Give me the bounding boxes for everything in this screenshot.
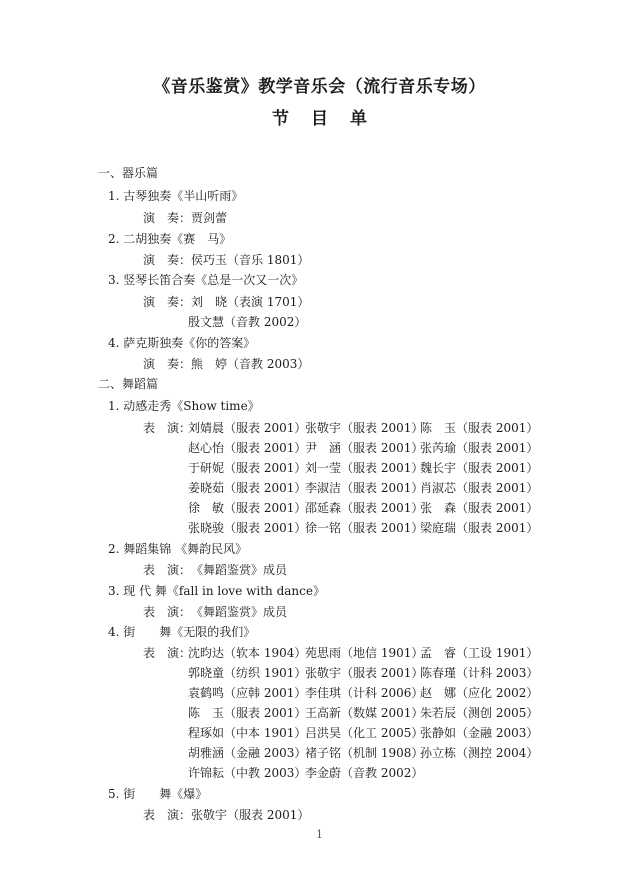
program-item-title: 1. 动感走秀《Show time》 [108,396,260,416]
document-subtitle: 节目单 [0,104,639,129]
performer: 袁鹤鸣（应韩 2001） [188,683,306,703]
program-item-title: 2. 二胡独奏《赛 马》 [108,229,231,249]
performer: 邵延森（服表 2001） [305,498,423,518]
program-item-title: 3. 竖琴长笛合奏《总是一次又一次》 [108,270,303,290]
performer: 孟 睿（工设 1901） [420,643,538,663]
program-item-title: 1. 古琴独奏《半山听雨》 [108,186,243,206]
performer: 《舞蹈鉴赏》成员 [191,605,287,619]
performer-label: 表 演： [143,418,191,438]
performer-label: 表 演： [143,560,191,580]
performer: 许锦耘（中教 2003） [188,763,306,783]
performer-label: 演 奏： [143,292,191,312]
performer-label: 表 演： [143,805,191,825]
performer: 褚子铭（机制 1908） [305,743,423,763]
performer: 张敬宇（服表 2001） [191,808,309,822]
performer: 魏长宇（服表 2001） [420,458,538,478]
performer: 徐 敏（服表 2001） [188,498,306,518]
performer: 殷文慧（音教 2002） [188,312,306,332]
performer-line: 演 奏：贾剑蕾 [143,208,227,228]
performer: 于研妮（服表 2001） [188,458,306,478]
program-item-title: 4. 街 舞《无限的我们》 [108,622,255,642]
document-title: 《音乐鉴赏》教学音乐会（流行音乐专场） [0,72,639,97]
performer: 吕洪昊（化工 2005） [305,723,423,743]
performer-label: 表 演： [143,602,191,622]
performer: 张静如（金融 2003） [420,723,538,743]
performer-line: 表 演：《舞蹈鉴赏》成员 [143,602,287,622]
performer-label: 表 演： [143,643,191,663]
program-item-title: 5. 街 舞《爆》 [108,784,207,804]
performer: 《舞蹈鉴赏》成员 [191,563,287,577]
performer: 孙立栋（测控 2004） [420,743,538,763]
performer: 沈昀达（软本 1904） [188,643,306,663]
performer: 肖淑芯（服表 2001） [420,478,538,498]
section-heading-dance: 二、舞蹈篇 [98,374,158,394]
performer: 梁庭瑞（服表 2001） [420,518,538,538]
performer: 王高新（数媒 2001） [305,703,423,723]
performer-label: 演 奏： [143,250,191,270]
performer: 李金蔚（音教 2002） [305,763,423,783]
performer: 尹 涵（服表 2001） [305,438,423,458]
performer: 刘 晓（表演 1701） [191,295,309,309]
performer: 刘婧晨（服表 2001） [188,418,306,438]
performer-line: 表 演：《舞蹈鉴赏》成员 [143,560,287,580]
performer: 朱若辰（测创 2005） [420,703,538,723]
performer: 刘一莹（服表 2001） [305,458,423,478]
program-item-title: 2. 舞蹈集锦 《舞韵民风》 [108,539,247,559]
performer-line: 表 演：张敬宇（服表 2001） [143,805,309,825]
performer: 徐一铭（服表 2001） [305,518,423,538]
performer: 熊 婷（音教 2003） [191,357,309,371]
performer-line: 演 奏：刘 晓（表演 1701） [143,292,309,312]
performer: 李淑洁（服表 2001） [305,478,423,498]
performer: 苑思雨（地信 1901） [305,643,423,663]
performer-label: 演 奏： [143,208,191,228]
performer-line: 演 奏：侯巧玉（音乐 1801） [143,250,309,270]
performer: 程琢如（中本 1901） [188,723,306,743]
performer: 陈 玉（服表 2001） [420,418,538,438]
performer: 侯巧玉（音乐 1801） [191,253,309,267]
program-item-title: 3. 现 代 舞《fall in love with dance》 [108,581,325,601]
performer: 贾剑蕾 [191,211,227,225]
performer: 郭晓童（纺织 1901） [188,663,306,683]
performer: 李佳琪（计科 2006） [305,683,423,703]
performer: 张 森（服表 2001） [420,498,538,518]
performer-line: 演 奏：熊 婷（音教 2003） [143,354,309,374]
performer: 赵心怡（服表 2001） [188,438,306,458]
performer: 张晓骏（服表 2001） [188,518,306,538]
performer: 陈春瑾（计科 2003） [420,663,538,683]
performer: 张敬宇（服表 2001） [305,418,423,438]
performer: 张敬宇（服表 2001） [305,663,423,683]
performer-label: 演 奏： [143,354,191,374]
performer: 张芮瑜（服表 2001） [420,438,538,458]
performer: 胡雅涵（金融 2003） [188,743,306,763]
performer: 陈 玉（服表 2001） [188,703,306,723]
program-item-title: 4. 萨克斯独奏《你的答案》 [108,333,255,353]
performer: 姜晓茹（服表 2001） [188,478,306,498]
section-heading-instrumental: 一、器乐篇 [98,163,158,183]
page-number: 1 [0,828,639,841]
performer: 赵 娜（应化 2002） [420,683,538,703]
